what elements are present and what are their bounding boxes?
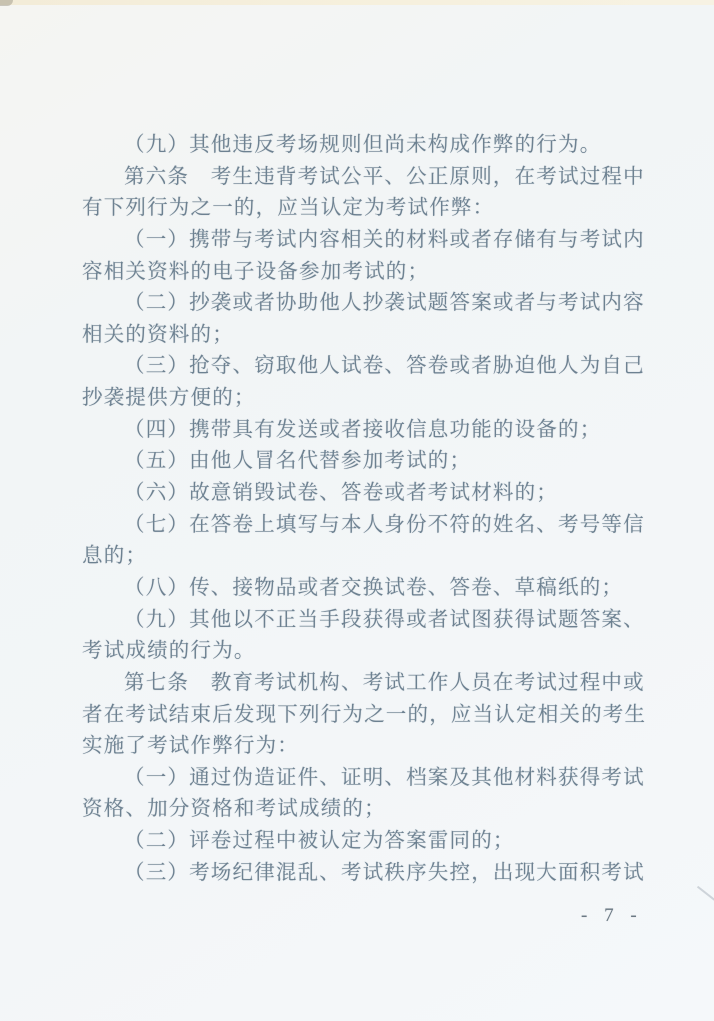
text-line: 抄袭提供方便的； <box>82 383 648 415</box>
text-line: （七）在答卷上填写与本人身份不符的姓名、考号等信 <box>82 510 648 542</box>
document-body: （九）其他违反考场规则但尚未构成作弊的行为。第六条 考生违背考试公平、公正原则，… <box>82 130 648 889</box>
text-line: 考试成绩的行为。 <box>82 636 648 668</box>
text-line: （三）抢夺、窃取他人试卷、答卷或者胁迫他人为自己 <box>82 351 648 383</box>
text-line: 第六条 考生违背考试公平、公正原则，在考试过程中 <box>82 162 648 194</box>
text-line: 相关的资料的； <box>82 320 648 352</box>
scan-edge-strip <box>0 0 714 5</box>
text-line: （六）故意销毁试卷、答卷或者考试材料的； <box>82 478 648 510</box>
text-line: （四）携带具有发送或者接收信息功能的设备的； <box>82 415 648 447</box>
text-line: （九）其他违反考场规则但尚未构成作弊的行为。 <box>82 130 648 162</box>
page-number: - 7 - <box>581 905 643 927</box>
text-line: 第七条 教育考试机构、考试工作人员在考试过程中或 <box>82 668 648 700</box>
scan-scratch-artifact <box>697 886 714 902</box>
text-line: （三）考场纪律混乱、考试秩序失控，出现大面积考试 <box>82 858 648 890</box>
text-line: （二）评卷过程中被认定为答案雷同的； <box>82 826 648 858</box>
text-line: 资格、加分资格和考试成绩的； <box>82 794 648 826</box>
text-line: 容相关资料的电子设备参加考试的； <box>82 257 648 289</box>
text-line: （一）通过伪造证件、证明、档案及其他材料获得考试 <box>82 763 648 795</box>
text-line: （二）抄袭或者协助他人抄袭试题答案或者与考试内容 <box>82 288 648 320</box>
text-line: （九）其他以不正当手段获得或者试图获得试题答案、 <box>82 605 648 637</box>
text-line: （八）传、接物品或者交换试卷、答卷、草稿纸的； <box>82 573 648 605</box>
text-line: 实施了考试作弊行为： <box>82 731 648 763</box>
text-line: 者在考试结束后发现下列行为之一的，应当认定相关的考生 <box>82 700 648 732</box>
text-line: （五）由他人冒名代替参加考试的； <box>82 446 648 478</box>
text-line: 有下列行为之一的，应当认定为考试作弊： <box>82 193 648 225</box>
text-line: 息的； <box>82 541 648 573</box>
document-page: （九）其他违反考场规则但尚未构成作弊的行为。第六条 考生违背考试公平、公正原则，… <box>0 0 714 1021</box>
scan-corner-artifact <box>0 0 13 6</box>
text-line: （一）携带与考试内容相关的材料或者存储有与考试内 <box>82 225 648 257</box>
